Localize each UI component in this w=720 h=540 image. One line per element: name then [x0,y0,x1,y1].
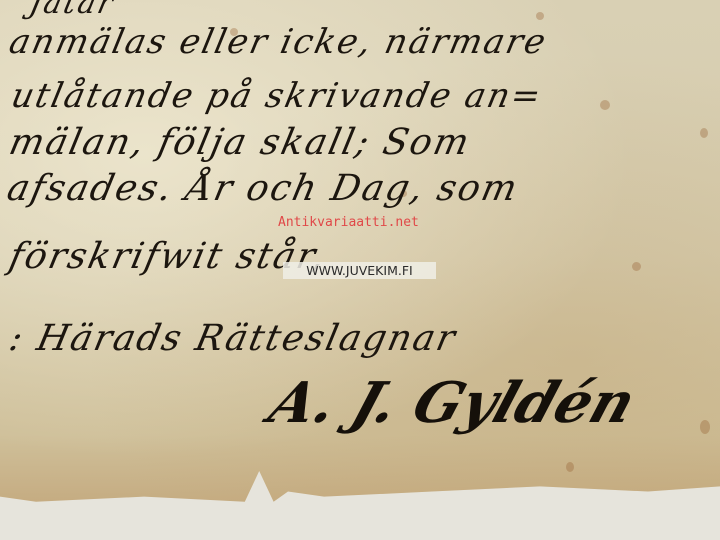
stain [600,100,610,110]
watermark-juvekim: WWW.JUVEKIM.FI [283,262,436,279]
watermark-antikvariaatti: Antikvariaatti.net [278,215,419,230]
handwritten-line: utlåtande på skrivande an= [8,76,546,116]
handwritten-line: : Härads Rätteslagnar [6,318,461,359]
handwritten-line: förskrifwit står, [6,236,331,277]
handwritten-line: anmälas eller icke, närmare [6,22,551,62]
stain [566,462,574,472]
document-paper: Jatar anmälas eller icke, närmare utlåta… [0,0,720,512]
stain [536,12,544,20]
stain [700,128,708,138]
signature: A. J. Gyldén [261,370,643,436]
handwritten-line: mälan, följa skall; Som [6,122,475,163]
stain [632,262,641,271]
handwritten-line: Jatar [26,0,118,21]
stain [700,420,710,434]
handwritten-line: afsades. År och Dag, som [4,168,523,209]
